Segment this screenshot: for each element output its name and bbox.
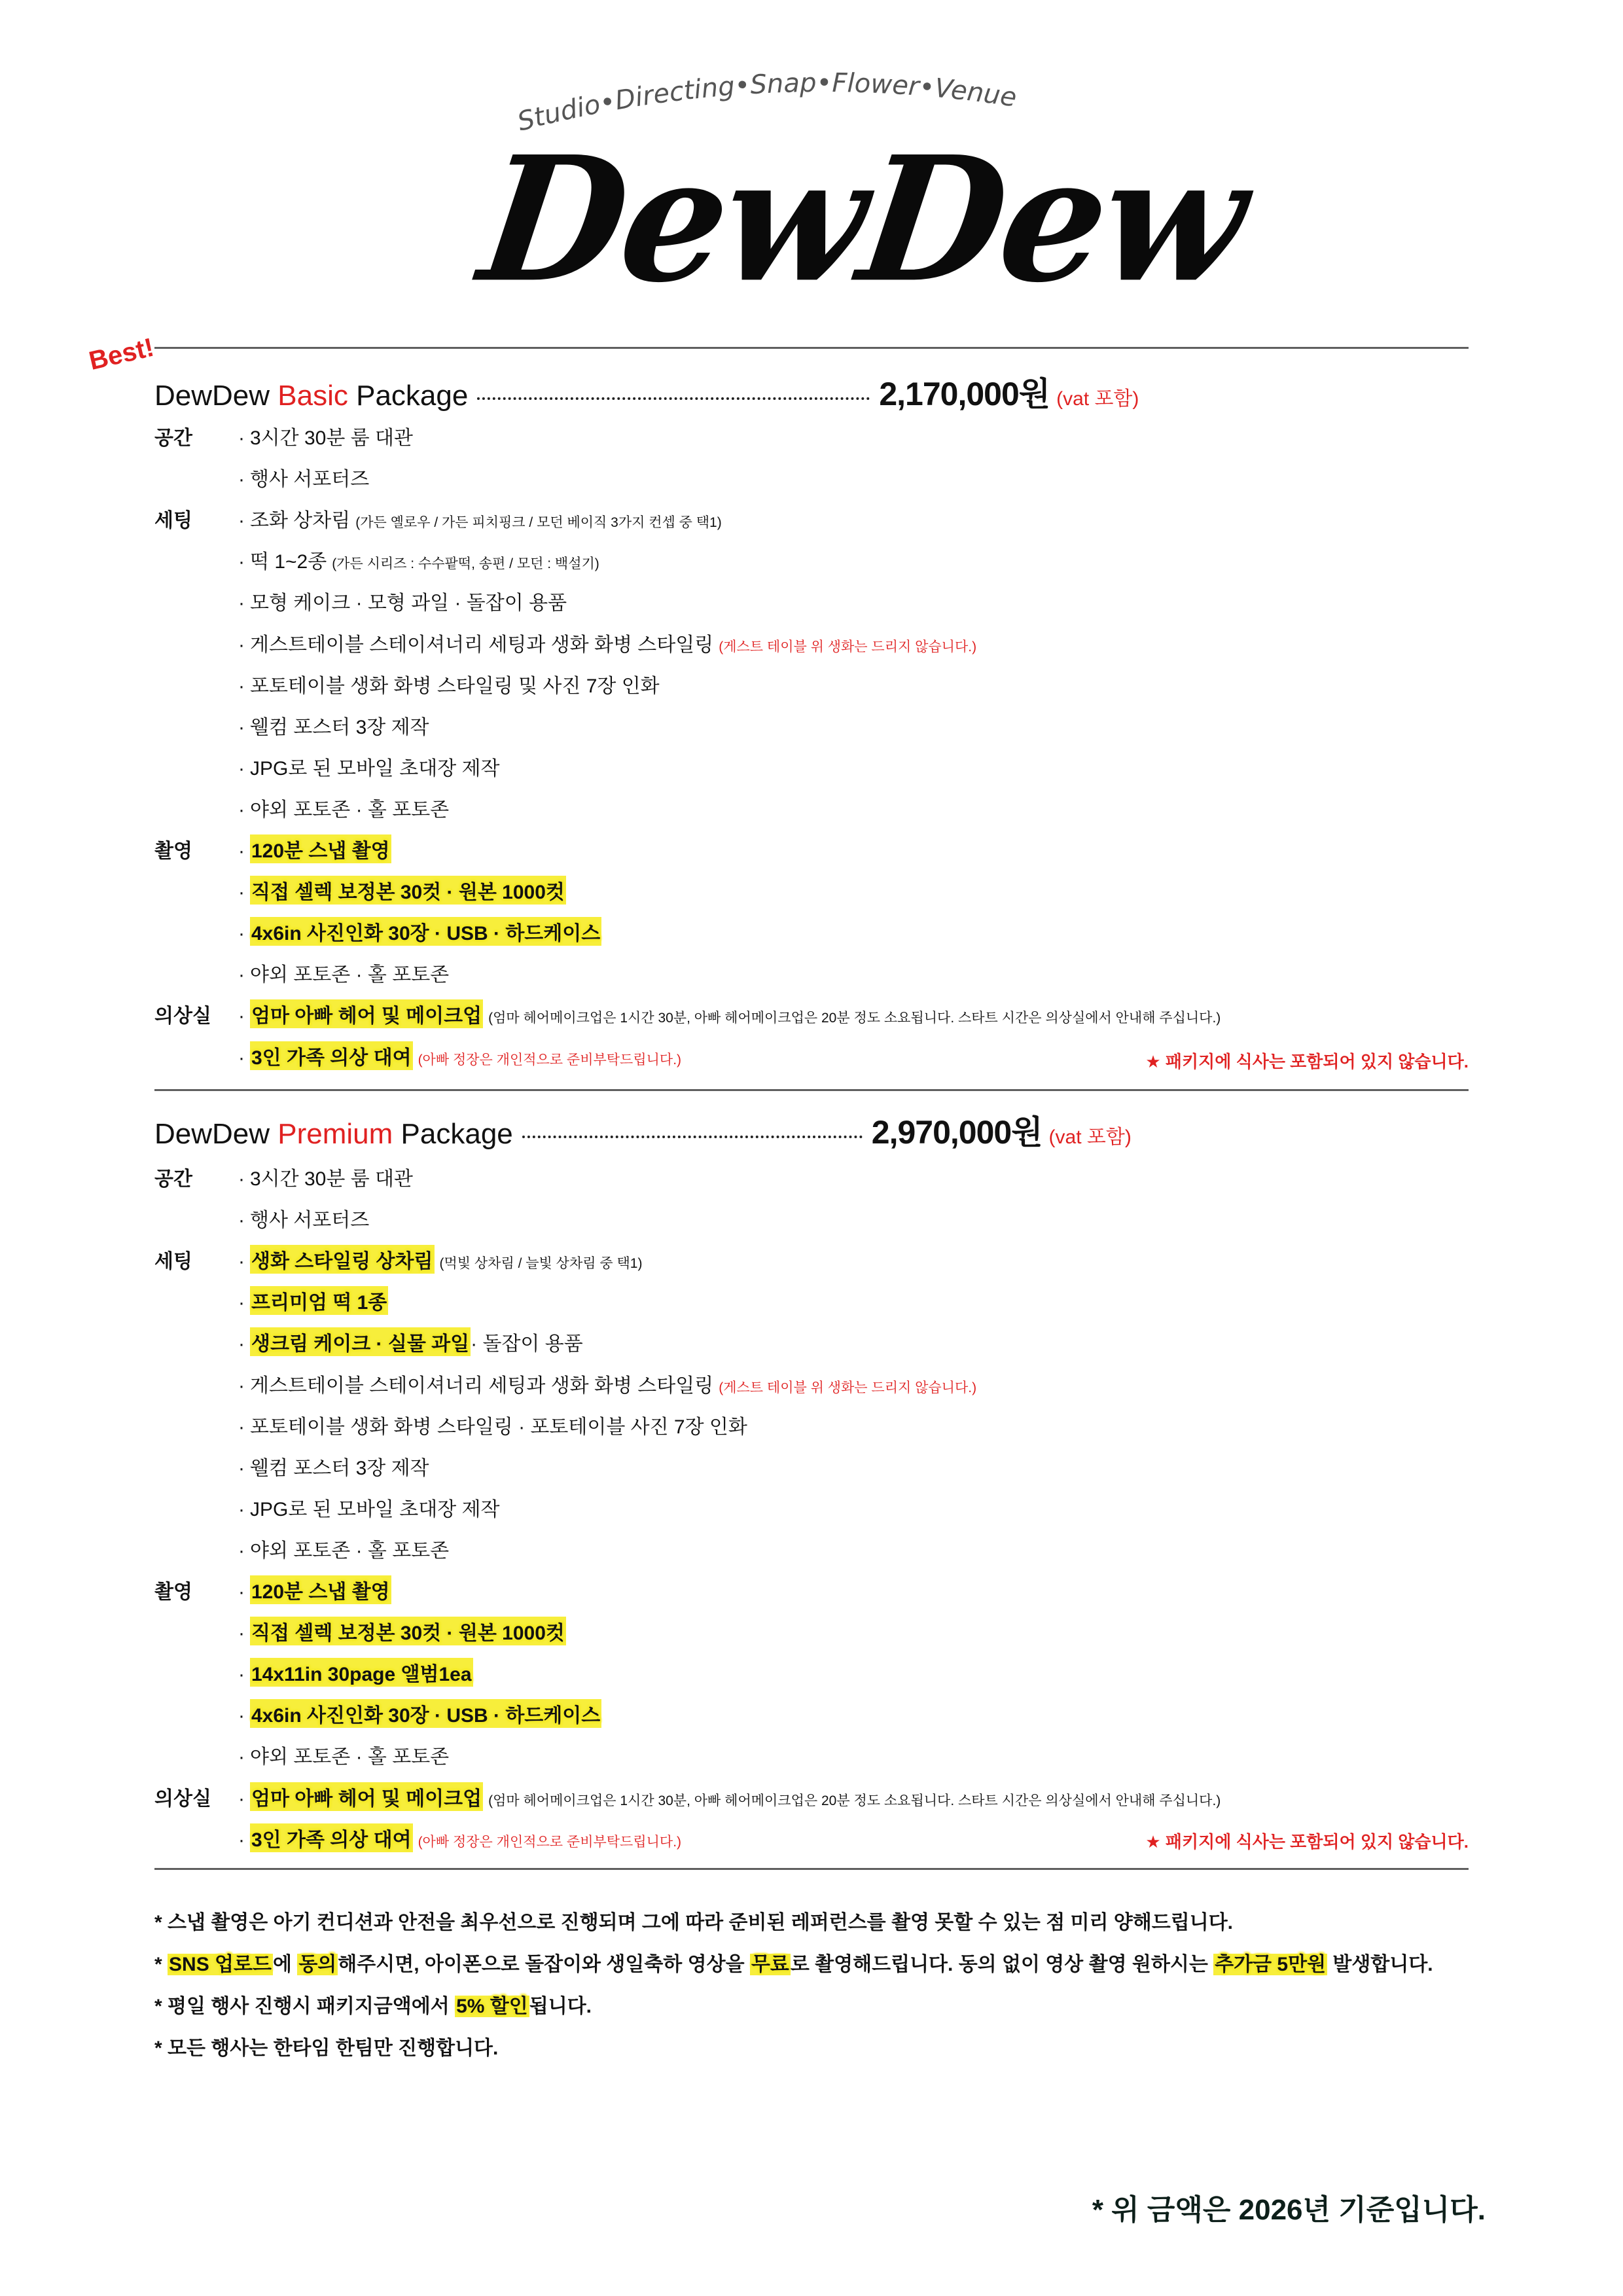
bullet-dot-icon: · <box>238 1416 250 1439</box>
bullet-dot-icon: · <box>238 675 250 698</box>
item-text: 행사 서포터즈 <box>250 1204 369 1232</box>
package-item-row: 공간·3시간 30분 룸 대관 <box>154 1162 413 1191</box>
item-text: 3시간 30분 룸 대관 <box>250 422 413 450</box>
item-text: 생화 스타일링 상차림 <box>250 1245 435 1274</box>
package-item-row: 세팅·생화 스타일링 상차림(먹빛 상차림 / 늘빛 상차림 중 택1) <box>154 1245 642 1274</box>
package-item-row: ·모형 케이크 · 모형 과일 · 돌잡이 용품 <box>154 586 567 615</box>
package-item-row: ·행사 서포터즈 <box>154 1204 369 1232</box>
package-item-row: ·게스트테이블 스테이셔너리 세팅과 생화 화병 스타일링(게스트 테이블 위 … <box>154 628 976 657</box>
item-text: 웰컴 포스터 3장 제작 <box>250 1452 429 1480</box>
package-price: 2,170,000원 <box>879 368 1050 415</box>
item-text: 게스트테이블 스테이셔너리 세팅과 생화 화병 스타일링 <box>250 628 713 657</box>
note-snap-condition: * 스냅 촬영은 아기 컨디션과 안전을 최우선으로 진행되며 그에 따라 준비… <box>154 1906 1233 1935</box>
package-item-row: ·3인 가족 의상 대여(아빠 정장은 개인적으로 준비부탁드립니다.) <box>154 1041 681 1070</box>
item-text: 야외 포토존 · 홀 포토존 <box>250 1740 449 1769</box>
package-item-row: ·포토테이블 생화 화병 스타일링 · 포토테이블 사진 7장 인화 <box>154 1410 747 1439</box>
bullet-dot-icon: · <box>238 1829 250 1852</box>
item-text: 직접 셀렉 보정본 30컷 · 원본 1000컷 <box>250 876 566 905</box>
package-item-row: ·3인 가족 의상 대여(아빠 정장은 개인적으로 준비부탁드립니다.) <box>154 1823 681 1852</box>
meal-notice: ★ 패키지에 식사는 포함되어 있지 않습니다. <box>1145 1049 1469 1073</box>
bullet-dot-icon: · <box>238 882 250 904</box>
package-item-row: ·야외 포토존 · 홀 포토존 <box>154 958 449 987</box>
bullet-dot-icon: · <box>238 551 250 573</box>
basic-package-header: DewDew Basic Package 2,170,000원 (vat 포함) <box>154 368 1202 415</box>
item-note: (엄마 헤어메이크업은 1시간 30분, 아빠 헤어메이크업은 20분 정도 소… <box>488 1007 1221 1027</box>
package-item-row: 촬영·120분 스냅 촬영 <box>154 834 391 863</box>
item-text: 포토테이블 생화 화병 스타일링 · 포토테이블 사진 7장 인화 <box>250 1410 747 1439</box>
dot-leader <box>522 1136 863 1138</box>
item-text: 엄마 아빠 헤어 및 메이크업 <box>250 999 483 1028</box>
category-label: 의상실 <box>154 1782 238 1811</box>
item-text: 엄마 아빠 헤어 및 메이크업 <box>250 1782 483 1811</box>
bullet-dot-icon: · <box>238 1251 250 1273</box>
note-sns-video: * SNS 업로드에 동의해주시면, 아이폰으로 돌잡이와 생일축하 영상을 무… <box>154 1948 1433 1977</box>
item-note: (아빠 정장은 개인적으로 준비부탁드립니다.) <box>418 1831 681 1851</box>
package-item-row: ·야외 포토존 · 홀 포토존 <box>154 793 449 822</box>
item-text: 야외 포토존 · 홀 포토존 <box>250 793 449 822</box>
bullet-dot-icon: · <box>238 1746 250 1768</box>
item-text: 생크림 케이크 · 실물 과일 <box>250 1327 471 1356</box>
meal-notice: ★ 패키지에 식사는 포함되어 있지 않습니다. <box>1145 1829 1469 1853</box>
package-item-row: ·생크림 케이크 · 실물 과일 · 돌잡이 용품 <box>154 1327 583 1356</box>
item-text: 직접 셀렉 보정본 30컷 · 원본 1000컷 <box>250 1617 566 1645</box>
package-item-row: ·4x6in 사진인화 30장 · USB · 하드케이스 <box>154 917 601 946</box>
category-label: 의상실 <box>154 999 238 1028</box>
bullet-dot-icon: · <box>238 964 250 986</box>
package-item-row: ·프리미엄 떡 1종 <box>154 1286 388 1315</box>
note-one-team: * 모든 행사는 한타임 한팀만 진행합니다. <box>154 2032 498 2060</box>
bullet-dot-icon: · <box>238 717 250 739</box>
bullet-dot-icon: · <box>238 1581 250 1604</box>
bullet-dot-icon: · <box>238 1292 250 1314</box>
package-item-row: ·JPG로 된 모바일 초대장 제작 <box>154 752 499 781</box>
item-text: 행사 서포터즈 <box>250 463 369 492</box>
bullet-dot-icon: · <box>238 799 250 821</box>
package-item-row: ·야외 포토존 · 홀 포토존 <box>154 1534 449 1563</box>
item-text: 14x11in 30page 앨범1ea <box>250 1658 473 1687</box>
category-label: 촬영 <box>154 1575 238 1604</box>
item-text: JPG로 된 모바일 초대장 제작 <box>250 1493 499 1522</box>
bullet-dot-icon: · <box>238 469 250 491</box>
item-text: 4x6in 사진인화 30장 · USB · 하드케이스 <box>250 917 601 946</box>
bullet-dot-icon: · <box>238 510 250 532</box>
bullet-dot-icon: · <box>238 923 250 945</box>
package-item-row: ·직접 셀렉 보정본 30컷 · 원본 1000컷 <box>154 876 566 905</box>
bullet-dot-icon: · <box>238 1788 250 1810</box>
item-text: 포토테이블 생화 화병 스타일링 및 사진 7장 인화 <box>250 670 660 698</box>
item-note: (게스트 테이블 위 생화는 드리지 않습니다.) <box>719 636 976 656</box>
premium-package-header: DewDew Premium Package 2,970,000원 (vat 포… <box>154 1106 1202 1153</box>
item-note: (가든 옐로우 / 가든 피치핑크 / 모던 베이직 3가지 컨셉 중 택1) <box>355 512 721 531</box>
note-weekday-discount: * 평일 행사 진행시 패키지금액에서 5% 할인됩니다. <box>154 1990 592 2018</box>
best-badge: Best! <box>86 333 157 376</box>
item-text: 모형 케이크 · 모형 과일 · 돌잡이 용품 <box>250 586 567 615</box>
bullet-dot-icon: · <box>238 840 250 863</box>
item-text: JPG로 된 모바일 초대장 제작 <box>250 752 499 781</box>
category-label: 공간 <box>154 1162 238 1191</box>
package-item-row: ·14x11in 30page 앨범1ea <box>154 1658 473 1687</box>
divider <box>154 1868 1469 1870</box>
bullet-dot-icon: · <box>238 1499 250 1521</box>
item-text: 4x6in 사진인화 30장 · USB · 하드케이스 <box>250 1699 601 1728</box>
item-text: 게스트테이블 스테이셔너리 세팅과 생화 화병 스타일링 <box>250 1369 713 1398</box>
vat-note: (vat 포함) <box>1049 1121 1132 1149</box>
item-text: 떡 1~2종 <box>250 545 327 574</box>
bullet-dot-icon: · <box>238 1210 250 1232</box>
item-note: (아빠 정장은 개인적으로 준비부탁드립니다.) <box>418 1049 681 1069</box>
bullet-dot-icon: · <box>238 592 250 615</box>
bullet-dot-icon: · <box>238 1458 250 1480</box>
vat-note: (vat 포함) <box>1056 382 1139 411</box>
bullet-dot-icon: · <box>238 1623 250 1645</box>
package-item-row: 공간·3시간 30분 룸 대관 <box>154 422 413 450</box>
category-label: 세팅 <box>154 504 238 533</box>
bullet-dot-icon: · <box>238 758 250 780</box>
divider <box>154 1089 1469 1091</box>
package-item-row: ·행사 서포터즈 <box>154 463 369 492</box>
item-note: (엄마 헤어메이크업은 1시간 30분, 아빠 헤어메이크업은 20분 정도 소… <box>488 1790 1221 1810</box>
package-item-row: 의상실·엄마 아빠 헤어 및 메이크업(엄마 헤어메이크업은 1시간 30분, … <box>154 1782 1221 1811</box>
brand-logo: Studio•Directing•Snap•Flower•Venue DewDe… <box>458 39 1178 314</box>
bullet-dot-icon: · <box>238 1168 250 1191</box>
package-title: DewDew Premium Package <box>154 1118 513 1151</box>
divider <box>154 347 1469 349</box>
bullet-dot-icon: · <box>238 1540 250 1562</box>
item-text: 120분 스냅 촬영 <box>250 834 391 863</box>
package-item-row: ·웰컴 포스터 3장 제작 <box>154 1452 429 1480</box>
dot-leader <box>477 397 870 400</box>
package-item-row: ·웰컴 포스터 3장 제작 <box>154 711 429 740</box>
bullet-dot-icon: · <box>238 1047 250 1069</box>
item-text: 3시간 30분 룸 대관 <box>250 1162 413 1191</box>
package-item-row: ·게스트테이블 스테이셔너리 세팅과 생화 화병 스타일링(게스트 테이블 위 … <box>154 1369 976 1398</box>
item-text: 웰컴 포스터 3장 제작 <box>250 711 429 740</box>
package-item-row: ·직접 셀렉 보정본 30컷 · 원본 1000컷 <box>154 1617 566 1645</box>
package-price: 2,970,000원 <box>872 1106 1043 1153</box>
package-item-row: ·떡 1~2종(가든 시리즈 : 수수팥떡, 송편 / 모던 : 백설기) <box>154 545 599 574</box>
bullet-dot-icon: · <box>238 427 250 450</box>
category-label: 촬영 <box>154 834 238 863</box>
bullet-dot-icon: · <box>238 1333 250 1355</box>
item-text: 3인 가족 의상 대여 <box>250 1041 413 1070</box>
category-label: 공간 <box>154 422 238 450</box>
item-text: 120분 스냅 촬영 <box>250 1575 391 1604</box>
item-text: 프리미엄 떡 1종 <box>250 1286 388 1315</box>
item-text: 야외 포토존 · 홀 포토존 <box>250 958 449 987</box>
item-text: 야외 포토존 · 홀 포토존 <box>250 1534 449 1563</box>
package-item-row: ·4x6in 사진인화 30장 · USB · 하드케이스 <box>154 1699 601 1728</box>
logo-wordmark: DewDew <box>473 134 1255 306</box>
package-item-row: ·포토테이블 생화 화병 스타일링 및 사진 7장 인화 <box>154 670 660 698</box>
item-text: 3인 가족 의상 대여 <box>250 1823 413 1852</box>
category-label: 세팅 <box>154 1245 238 1274</box>
item-text: 조화 상차림 <box>250 504 350 533</box>
bullet-dot-icon: · <box>238 1005 250 1028</box>
item-note: (먹빛 상차림 / 늘빛 상차림 중 택1) <box>440 1253 643 1272</box>
item-note: (가든 시리즈 : 수수팥떡, 송편 / 모던 : 백설기) <box>332 553 599 573</box>
bullet-dot-icon: · <box>238 1375 250 1397</box>
package-item-row: ·야외 포토존 · 홀 포토존 <box>154 1740 449 1769</box>
item-extra-text: · 돌잡이 용품 <box>471 1327 583 1356</box>
package-title: DewDew Basic Package <box>154 380 468 412</box>
item-note: (게스트 테이블 위 생화는 드리지 않습니다.) <box>719 1377 976 1397</box>
bullet-dot-icon: · <box>238 634 250 656</box>
bullet-dot-icon: · <box>238 1664 250 1686</box>
package-item-row: ·JPG로 된 모바일 초대장 제작 <box>154 1493 499 1522</box>
package-item-row: 촬영·120분 스냅 촬영 <box>154 1575 391 1604</box>
price-basis-note: * 위 금액은 2026년 기준입니다. <box>1092 2186 1486 2228</box>
package-item-row: 세팅·조화 상차림(가든 옐로우 / 가든 피치핑크 / 모던 베이직 3가지 … <box>154 504 722 533</box>
package-item-row: 의상실·엄마 아빠 헤어 및 메이크업(엄마 헤어메이크업은 1시간 30분, … <box>154 999 1221 1028</box>
bullet-dot-icon: · <box>238 1705 250 1727</box>
